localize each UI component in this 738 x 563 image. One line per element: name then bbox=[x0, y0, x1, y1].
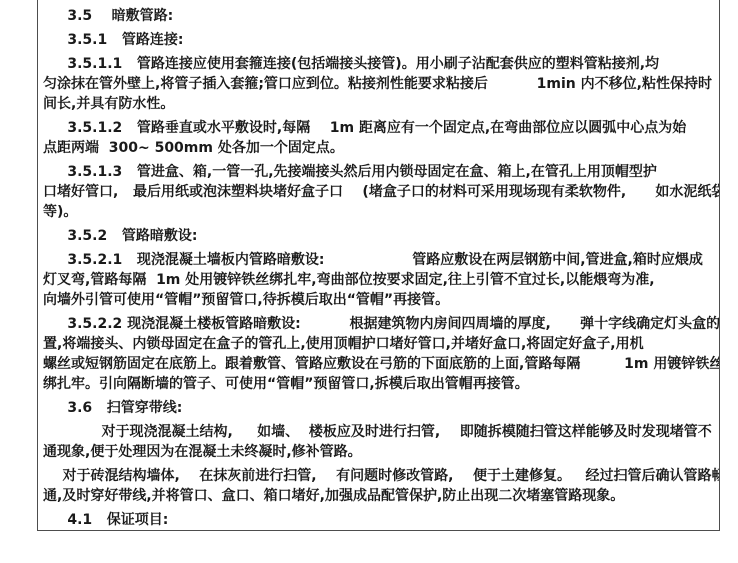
text-line: 等)。 bbox=[43, 202, 715, 222]
text-line: 3.5.2.2 现浇混凝土楼板管路暗敷设: 根据建筑物内房间四周墙的厚度, 弹十… bbox=[43, 314, 715, 334]
heading-3-5-2: 3.5.2 管路暗敷设: bbox=[43, 226, 715, 246]
text-line: 向墙外引管可使用“管帽”预留管口,待拆模后取出“管帽”再接管。 bbox=[43, 290, 715, 310]
text-line: 点距两端 300~ 500mm 处各加一个固定点。 bbox=[43, 138, 715, 158]
heading-3-5: 3.5 暗敷管路: bbox=[43, 6, 715, 26]
text-line: 3.5.1.2 管路垂直或水平敷设时,每隔 1m 距离应有一个固定点,在弯曲部位… bbox=[43, 118, 715, 138]
text-line: 3.5.1.3 管进盒、箱,一管一孔,先接端接头然后用内锁母固定在盒、箱上,在管… bbox=[43, 162, 715, 182]
text-line: 灯叉弯,管路每隔 1m 处用镀锌铁丝绑扎牢,弯曲部位按要求固定,往上引管不宜过长… bbox=[43, 270, 715, 290]
heading-4-1: 4.1 保证项目: bbox=[43, 510, 715, 530]
text-line: 匀涂抹在管外壁上,将管子插入套箍;管口应到位。粘接剂性能要求粘接后 1min 内… bbox=[43, 74, 715, 94]
text-line: 对于现浇混凝土结构, 如墙、 楼板应及时进行扫管, 即随拆模随扫管这样能够及时发… bbox=[43, 422, 715, 442]
text-line: 3.5.2.1 现浇混凝土墙板内管路暗敷设: 管路应敷设在两层钢筋中间,管进盒,… bbox=[43, 250, 715, 270]
text-line: 通现象,便于处理因为在混凝土未终凝时,修补管路。 bbox=[43, 442, 715, 462]
text-line: 3.5.1.1 管路连接应使用套箍连接(包括端接头接管)。用小刷子沾配套供应的塑… bbox=[43, 54, 715, 74]
document-page: 3.5 暗敷管路: 3.5.1 管路连接: 3.5.1.1 管路连接应使用套箍连… bbox=[0, 0, 738, 563]
text-line: 对于砖混结构墙体, 在抹灰前进行扫管, 有问题时修改管路, 便于土建修复。 经过… bbox=[43, 466, 715, 486]
heading-3-5-1: 3.5.1 管路连接: bbox=[43, 30, 715, 50]
text-line: 间长,并具有防水性。 bbox=[43, 94, 715, 114]
text-line: 螺丝或短钢筋固定在底筋上。跟着敷管、管路应敷设在弓筋的下面底筋的上面,管路每隔 … bbox=[43, 354, 715, 374]
document-table-cell: 3.5 暗敷管路: 3.5.1 管路连接: 3.5.1.1 管路连接应使用套箍连… bbox=[37, 0, 720, 531]
text-line: 通,及时穿好带线,并将管口、盒口、箱口堵好,加强成品配管保护,防止出现二次堵塞管… bbox=[43, 486, 715, 506]
text-line: 口堵好管口, 最后用纸或泡沫塑料块堵好盒子口 (堵盒子口的材料可采用现场现有柔软… bbox=[43, 182, 715, 202]
text-line: 置,将端接头、内锁母固定在盒子的管孔上,使用顶帽护口堵好管口,并堵好盒口,将固定… bbox=[43, 334, 715, 354]
heading-3-6: 3.6 扫管穿带线: bbox=[43, 398, 715, 418]
text-line: 绑扎牢。引向隔断墙的管子、可使用“管帽”预留管口,拆模后取出管帽再接管。 bbox=[43, 374, 715, 394]
